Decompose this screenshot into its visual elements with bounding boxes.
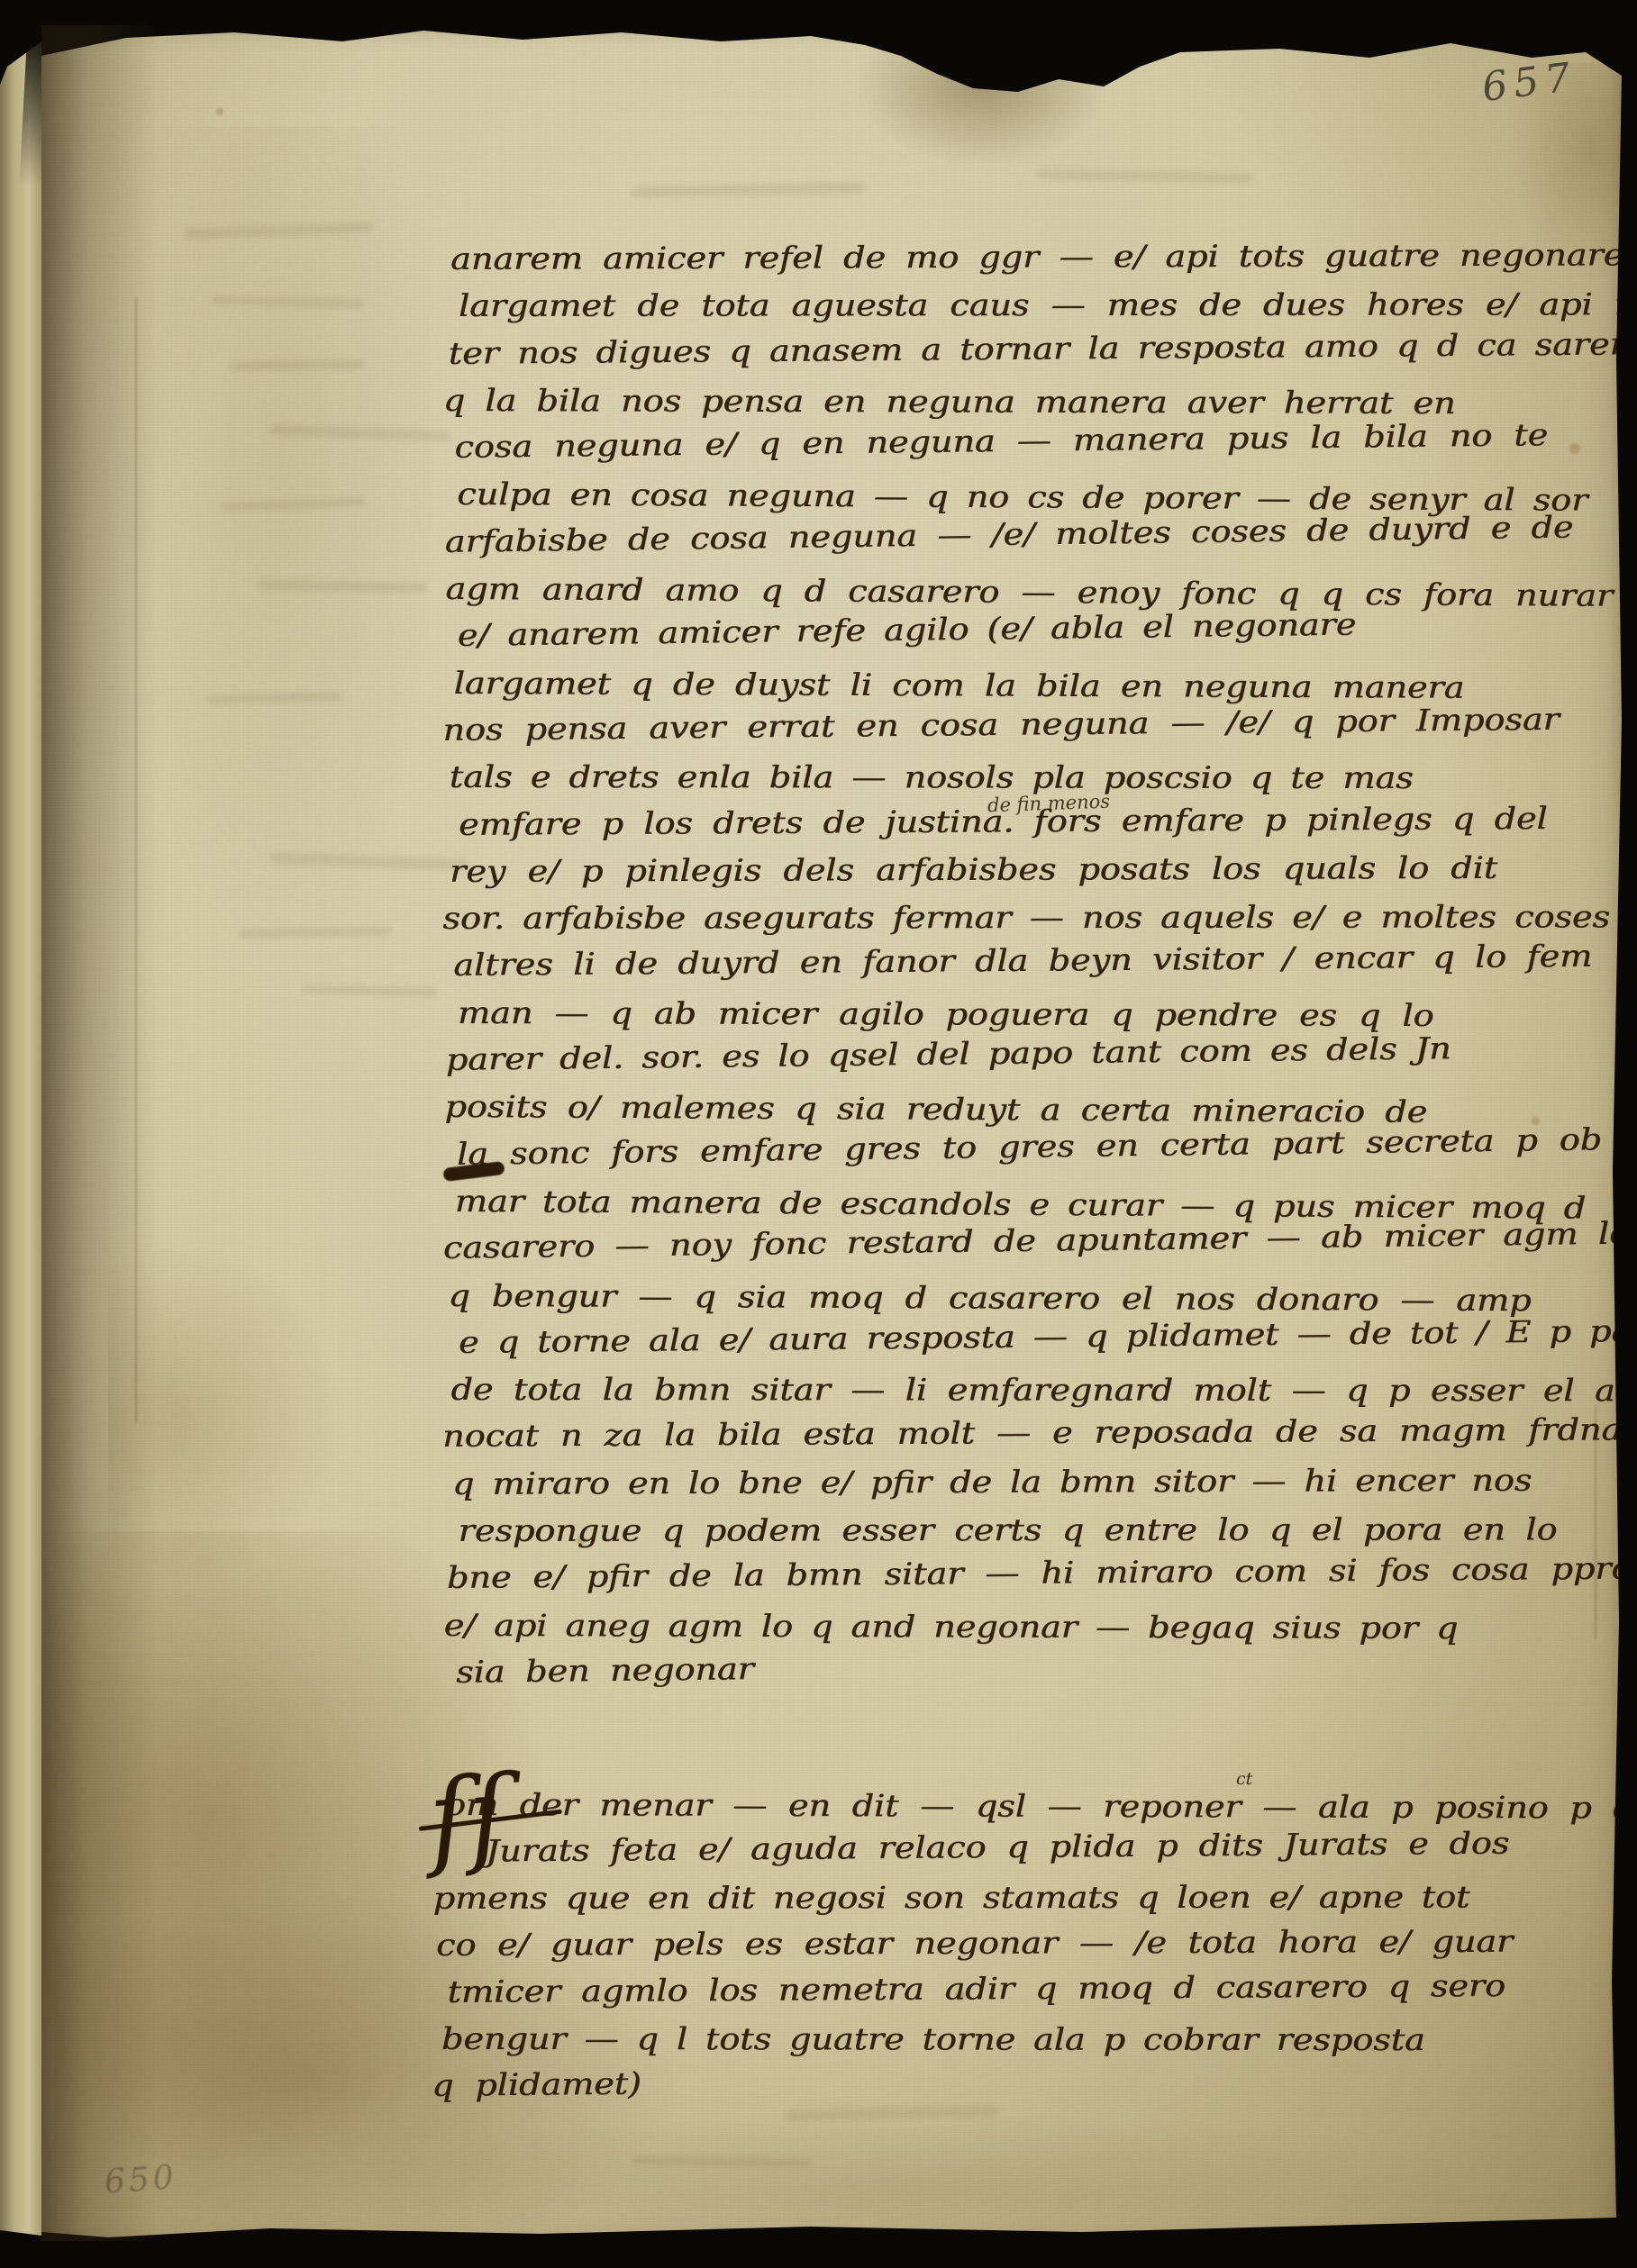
stain [378, 2117, 1460, 2261]
manuscript-scan: 657 de fin menos anarem amicer refel de … [0, 0, 1637, 2268]
manuscript-line: altres li de duyrd en fanor dla beyn vis… [453, 932, 1637, 990]
show-through-mark [257, 579, 428, 593]
manuscript-line: anarem amicer refel de mo ggr — e/ api t… [450, 231, 1637, 283]
manuscript-line: Jurats feta e/ aguda relaco q plida p di… [445, 1819, 1637, 1875]
foxing-spot [216, 108, 223, 115]
manuscript-line: bne e/ pfir de la bmn sitar — hi miraro … [447, 1545, 1637, 1601]
show-through-mark [239, 927, 392, 939]
show-through-mark [270, 852, 468, 871]
archival-number: 650 [104, 2159, 178, 2201]
show-through-mark [185, 222, 374, 239]
manuscript-line: ter nos digues q anasem a tornar la resp… [448, 320, 1637, 377]
show-through-mark [207, 692, 342, 704]
stain [126, 126, 432, 937]
paragraph-1: de fin menos anarem amicer refel de mo g… [450, 236, 1595, 1696]
manuscript-line: co e/ guar pels es estar negonar — /e to… [436, 1918, 1637, 1969]
manuscript-line: nocat n za la bila esta molt — e reposad… [442, 1406, 1637, 1460]
stain [108, 1243, 342, 1585]
stain [856, 50, 1108, 167]
manuscript-line: pmens que en dit negosi son stamats q lo… [432, 1873, 1637, 1922]
paragraph-2: ſſ ct om der menar — en dit — qsl — repo… [440, 1782, 1593, 2109]
show-through-mark [1036, 169, 1252, 183]
show-through-mark [212, 295, 365, 308]
show-through-mark [302, 984, 437, 997]
crease-line [135, 297, 137, 1423]
show-through-mark [221, 497, 365, 512]
show-through-mark [270, 425, 450, 442]
manuscript-line: q miraro en lo bne e/ pfir de la bmn sit… [452, 1456, 1637, 1508]
manuscript-line: tmicer agmlo los nemetra adir q moq d ca… [447, 1961, 1637, 2016]
manuscript-line: emfare p los drets de justina. fors emfa… [459, 794, 1637, 848]
previous-page-edge [0, 31, 41, 2237]
show-through-mark [230, 359, 365, 372]
folio-number: 657 [1479, 54, 1578, 111]
show-through-mark [631, 183, 865, 198]
manuscript-page: 657 de fin menos anarem amicer refel de … [0, 0, 1637, 2268]
show-through-mark [631, 2155, 811, 2167]
manuscript-line: rey e/ p pinlegis dels arfabisbes posats… [450, 844, 1637, 895]
